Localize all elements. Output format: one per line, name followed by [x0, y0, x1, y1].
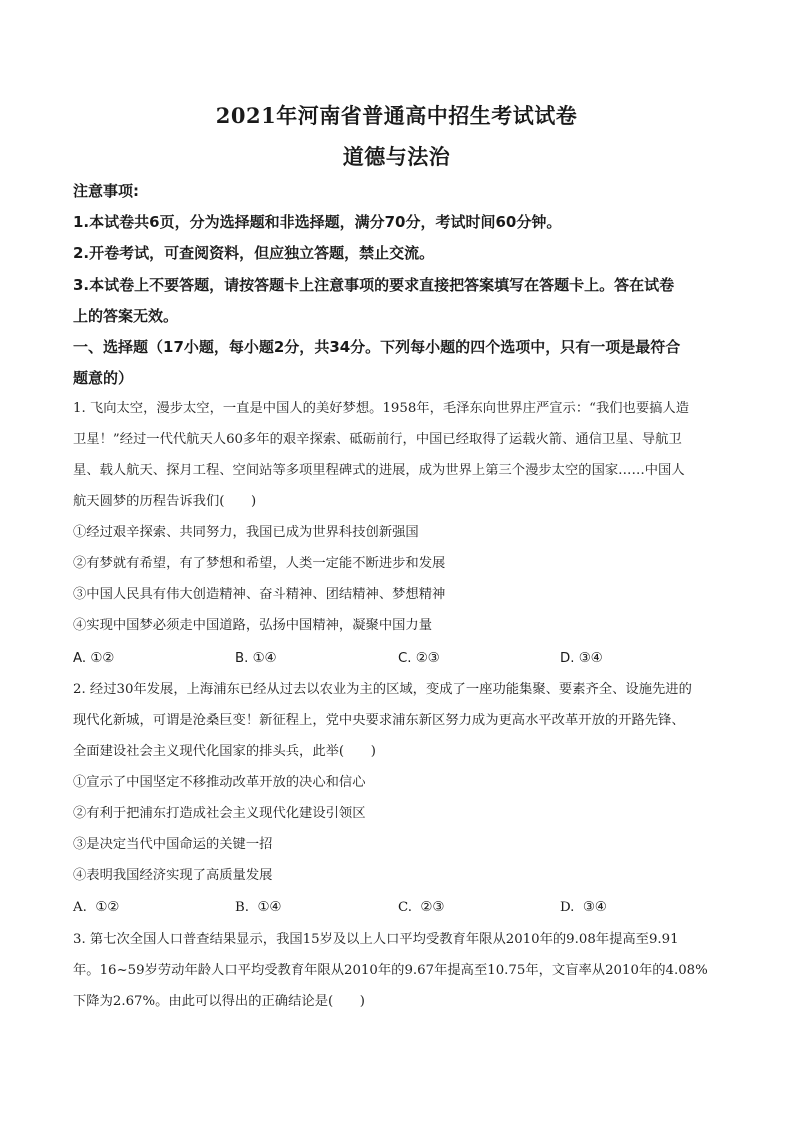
- q2-stem-line: 全面建设社会主义现代化国家的排头兵，此举( ): [73, 743, 376, 761]
- section-heading: 一、选择题（17小题，每小题2分，共34分。下列每小题的四个选项中，只有一项是最…: [73, 338, 680, 356]
- q1-stem-line: 1. 飞向太空，漫步太空，一直是中国人的美好梦想。1958年，毛泽东向世界庄严宣…: [73, 400, 689, 418]
- q3-stem-line: 3. 第七次全国人口普查结果显示，我国15岁及以上人口平均受教育年限从2010年…: [73, 931, 679, 949]
- exam-title: 2021年河南省普通高中招生考试试卷: [0, 100, 793, 130]
- q1-stem-line: 卫星！”经过一代代航天人60多年的艰辛探索、砥砺前行，中国已经取得了运载火箭、通…: [73, 431, 682, 449]
- q1-statement-3: ③中国人民具有伟大创造精神、奋斗精神、团结精神、梦想精神: [73, 586, 445, 604]
- q2-statement-3: ③是决定当代中国命运的关键一招: [73, 836, 272, 854]
- notice-item-1: 1.本试卷共6页，分为选择题和非选择题，满分70分，考试时间60分钟。: [73, 213, 561, 231]
- q1-stem-line: 星、载人航天、探月工程、空间站等多项里程碑式的进展，成为世界上第三个漫步太空的国…: [73, 462, 685, 480]
- q2-statement-4: ④表明我国经济实现了高质量发展: [73, 867, 272, 885]
- notice-item-2: 2.开卷考试，可查阅资料，但应独立答题，禁止交流。: [73, 244, 434, 262]
- section-heading-cont: 题意的）: [73, 369, 133, 387]
- q2-statement-1: ①宣示了中国坚定不移推动改革开放的决心和信心: [73, 774, 366, 792]
- q3-stem-line: 下降为2.67%。由此可以得出的正确结论是( ): [73, 993, 365, 1011]
- notice-item-3: 3.本试卷上不要答题，请按答题卡上注意事项的要求直接把答案填写在答题卡上。答在试…: [73, 276, 674, 294]
- q1-option-a[interactable]: A. ①②: [73, 650, 114, 668]
- q1-statement-1: ①经过艰辛探索、共同努力，我国已成为世界科技创新强国: [73, 524, 419, 542]
- q1-statement-2: ②有梦就有希望，有了梦想和希望，人类一定能不断进步和发展: [73, 555, 445, 573]
- q2-stem-line: 2. 经过30年发展，上海浦东已经从过去以农业为主的区域，变成了一座功能集聚、要…: [73, 681, 692, 699]
- notice-item-3-cont: 上的答案无效。: [73, 307, 178, 325]
- notice-heading: 注意事项:: [73, 182, 139, 200]
- q2-stem-line: 现代化新城，可谓是沧桑巨变！新征程上，党中央要求浦东新区努力成为更高水平改革开放…: [73, 712, 685, 730]
- q2-statement-2: ②有利于把浦东打造成社会主义现代化建设引领区: [73, 805, 366, 823]
- q1-option-c[interactable]: C. ②③: [398, 650, 440, 668]
- q2-option-c[interactable]: C. ②③: [398, 899, 444, 917]
- q2-option-a[interactable]: A. ①②: [73, 899, 119, 917]
- q2-option-d[interactable]: D. ③④: [560, 899, 607, 917]
- q2-option-b[interactable]: B. ①④: [235, 899, 281, 917]
- q1-stem-line: 航天圆梦的历程告诉我们( ): [73, 493, 256, 511]
- q1-option-d[interactable]: D. ③④: [560, 650, 603, 668]
- q1-option-b[interactable]: B. ①④: [235, 650, 276, 668]
- exam-subject: 道德与法治: [0, 141, 793, 171]
- q3-stem-line: 年。16~59岁劳动年龄人口平均受教育年限从2010年的9.67年提高至10.7…: [73, 962, 708, 980]
- q1-statement-4: ④实现中国梦必须走中国道路，弘扬中国精神，凝聚中国力量: [73, 617, 432, 635]
- exam-page: 2021年河南省普通高中招生考试试卷 道德与法治 注意事项: 1.本试卷共6页，…: [0, 0, 793, 1122]
